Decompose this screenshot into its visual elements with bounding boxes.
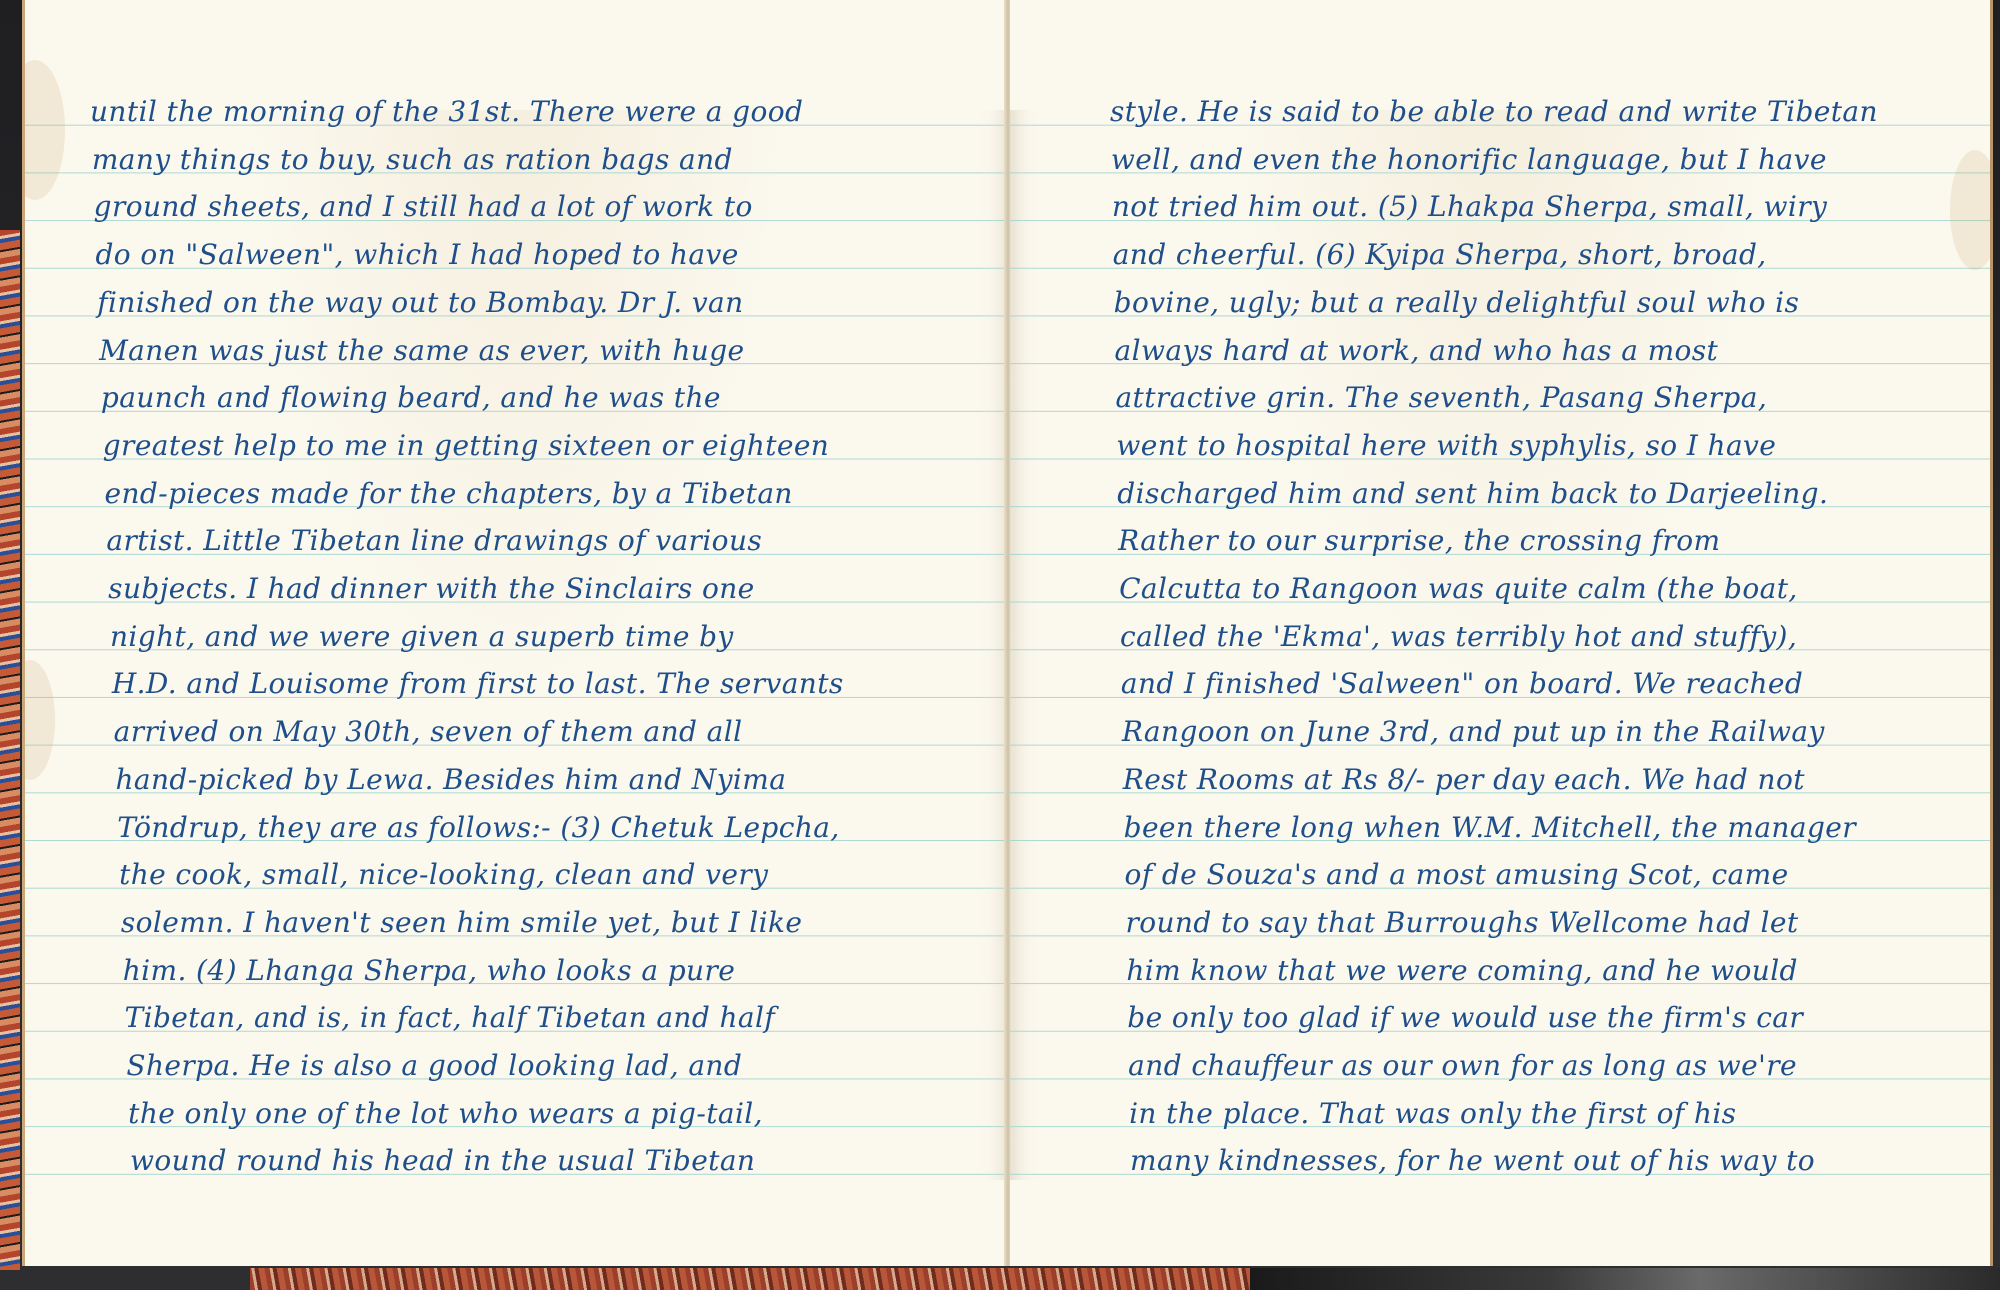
binding-bottom bbox=[1250, 1268, 2000, 1290]
handwritten-line: the cook, small, nice-looking, clean and… bbox=[119, 855, 768, 895]
handwritten-line: do on "Salween", which I had hoped to ha… bbox=[95, 235, 738, 275]
handwritten-line: end-pieces made for the chapters, by a T… bbox=[105, 474, 793, 514]
handwritten-line: and I finished 'Salween" on board. We re… bbox=[1121, 664, 1803, 704]
handwritten-line: Rather to our surprise, the crossing fro… bbox=[1118, 521, 1720, 561]
handwritten-line: attractive grin. The seventh, Pasang She… bbox=[1115, 378, 1767, 418]
handwritten-line: arrived on May 30th, seven of them and a… bbox=[114, 712, 743, 752]
handwritten-line: of de Souza's and a most amusing Scot, c… bbox=[1125, 855, 1789, 895]
handwritten-line: Rangoon on June 3rd, and put up in the R… bbox=[1122, 712, 1825, 752]
notebook-spread: until the morning of the 31st. There wer… bbox=[22, 0, 1990, 1268]
handwritten-line: wound round his head in the usual Tibeta… bbox=[130, 1141, 755, 1181]
handwritten-line: Manen was just the same as ever, with hu… bbox=[99, 331, 744, 371]
handwritten-line: Tibetan, and is, in fact, half Tibetan a… bbox=[125, 998, 776, 1038]
handwritten-line: Rest Rooms at Rs 8/- per day each. We ha… bbox=[1123, 760, 1805, 800]
marbled-edge-bottom bbox=[250, 1268, 1250, 1290]
handwritten-line: finished on the way out to Bombay. Dr J.… bbox=[97, 283, 743, 323]
age-stain bbox=[1950, 150, 1993, 270]
handwritten-line: him. (4) Lhanga Sherpa, who looks a pure bbox=[123, 951, 736, 991]
handwritten-line: subjects. I had dinner with the Sinclair… bbox=[108, 569, 754, 609]
handwritten-line: round to say that Burroughs Wellcome had… bbox=[1125, 903, 1798, 943]
handwritten-line: Töndrup, they are as follows:- (3) Chetu… bbox=[117, 808, 839, 848]
handwritten-line: and cheerful. (6) Kyipa Sherpa, short, b… bbox=[1113, 235, 1767, 275]
handwritten-line: been there long when W.M. Mitchell, the … bbox=[1124, 808, 1856, 848]
handwritten-line: and chauffeur as our own for as long as … bbox=[1128, 1046, 1797, 1086]
handwritten-line: went to hospital here with syphylis, so … bbox=[1116, 426, 1776, 466]
handwritten-line: style. He is said to be able to read and… bbox=[1110, 92, 1878, 132]
marbled-edge-left bbox=[0, 230, 20, 1270]
handwritten-line: the only one of the lot who wears a pig-… bbox=[128, 1094, 763, 1134]
handwritten-line: many kindnesses, for he went out of his … bbox=[1130, 1141, 1815, 1181]
handwritten-line: hand-picked by Lewa. Besides him and Nyi… bbox=[115, 760, 786, 800]
handwritten-line: many things to buy, such as ration bags … bbox=[92, 140, 733, 180]
handwritten-line: greatest help to me in getting sixteen o… bbox=[103, 426, 830, 466]
handwritten-line: bovine, ugly; but a really delightful so… bbox=[1114, 283, 1800, 323]
handwritten-line: always hard at work, and who has a most bbox=[1115, 331, 1719, 371]
handwritten-line: in the place. That was only the first of… bbox=[1129, 1094, 1736, 1134]
handwritten-line: until the morning of the 31st. There wer… bbox=[90, 92, 803, 132]
handwritten-line: discharged him and sent him back to Darj… bbox=[1117, 474, 1828, 514]
right-page: style. He is said to be able to read and… bbox=[1010, 0, 1993, 1266]
handwritten-line: called the 'Ekma', was terribly hot and … bbox=[1120, 617, 1797, 657]
handwritten-line: artist. Little Tibetan line drawings of … bbox=[106, 521, 762, 561]
handwritten-line: Sherpa. He is also a good looking lad, a… bbox=[126, 1046, 742, 1086]
handwritten-line: be only too glad if we would use the fir… bbox=[1127, 998, 1803, 1038]
handwritten-line: ground sheets, and I still had a lot of … bbox=[94, 187, 753, 227]
handwritten-line: paunch and flowing beard, and he was the bbox=[101, 378, 721, 418]
handwritten-line: well, and even the honorific language, b… bbox=[1111, 140, 1827, 180]
handwritten-line: not tried him out. (5) Lhakpa Sherpa, sm… bbox=[1112, 187, 1827, 227]
handwritten-line: solemn. I haven't seen him smile yet, bu… bbox=[121, 903, 802, 943]
handwritten-line: H.D. and Louisome from first to last. Th… bbox=[112, 664, 844, 704]
handwritten-line: Calcutta to Rangoon was quite calm (the … bbox=[1119, 569, 1798, 609]
handwritten-line: night, and we were given a superb time b… bbox=[110, 617, 734, 657]
handwritten-line: him know that we were coming, and he wou… bbox=[1126, 951, 1798, 991]
left-page: until the morning of the 31st. There wer… bbox=[22, 0, 1009, 1266]
